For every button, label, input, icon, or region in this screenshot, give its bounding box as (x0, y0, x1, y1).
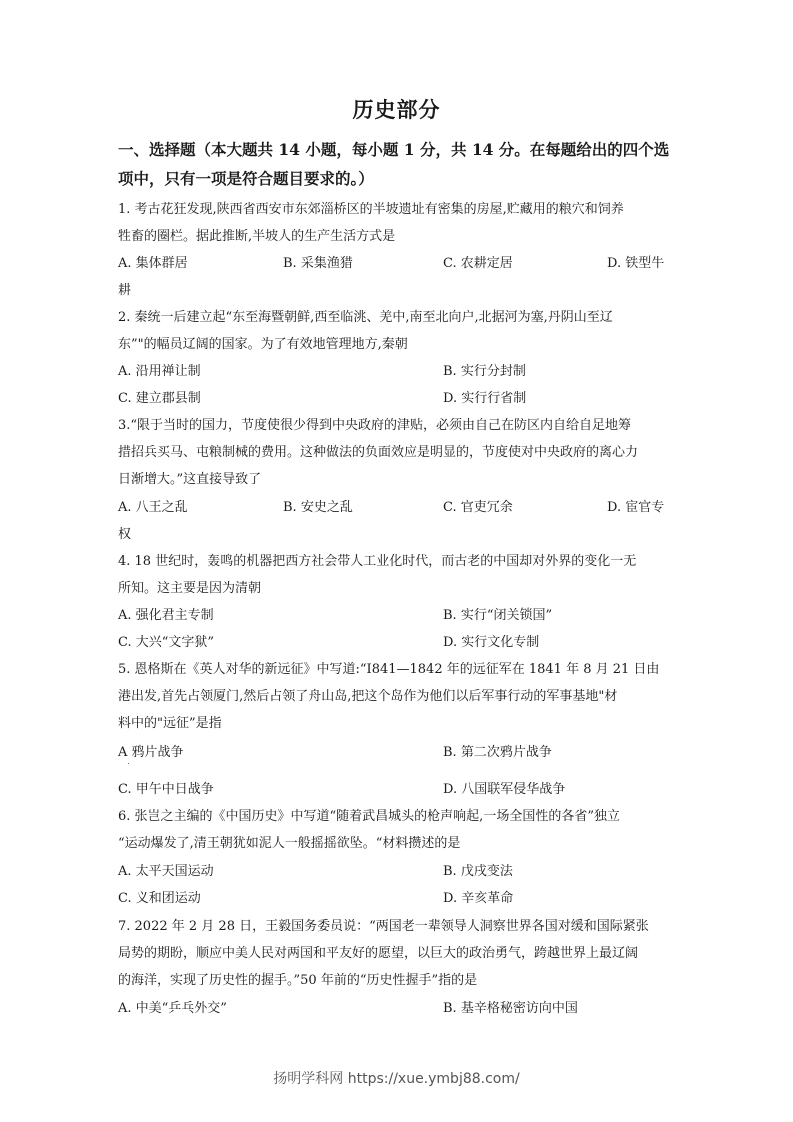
option-b: B. 实行分封制 (443, 363, 526, 381)
question-text: 所知。这主要是因为清朝 (118, 580, 678, 598)
option-c: C. 农耕定居 (443, 255, 513, 273)
option-d: D. 实行行省制 (443, 390, 526, 408)
option-b: B. 实行“闭关锁国” (443, 607, 552, 625)
question-text: “运动爆发了,清王朝犹如泥人一般摇摇欲坠。“材料攒述的是 (118, 835, 678, 853)
option-b: B. 戊戌变法 (443, 863, 513, 881)
section-heading-line-1: 一、选择题（本大题共 14 小题，每小题 1 分，共 14 分。在每题给出的四个… (118, 136, 678, 163)
question-text: 日渐增大。”这直接导致了 (118, 471, 678, 489)
question-text: 措招兵买马、屯粮制械的费用。这种做法的负面效应是明显的，节度使对中央政府的离心力 (118, 444, 678, 462)
option-d: D. 八国联军侵华战争 (443, 781, 565, 799)
option-c: C. 大兴“文字狱” (118, 634, 214, 652)
option-a: A. 沿用禅让制 (118, 363, 201, 381)
question-text: 2. 秦统一后建立起“东至海暨朝鲜,西至临洮、羌中,南至北向户,北据河为塞,丹阴… (118, 309, 678, 327)
option-b: B. 基辛格秘密访向中国 (443, 1000, 578, 1018)
option-a: A. 强化君主专制 (118, 607, 214, 625)
question-text: 5. 恩格斯在《英人对华的新远征》中写道:“I841—1842 年的远征军在 1… (118, 661, 678, 679)
page-title: 历史部分 (0, 94, 793, 124)
question-text: 3.“限于当时的国力，节度使很少得到中央政府的津贴，必须由自己在防区内自给自足地… (118, 417, 678, 435)
option-b: B. 第二次鸦片战争 (443, 744, 552, 762)
option-c: C. 义和团运动 (118, 890, 201, 908)
option-a: A. 八王之乱 (118, 499, 188, 517)
option-a: A. 中美“乒乓外交” (118, 1000, 227, 1018)
question-text: 6. 张岂之主编的《中国历史》中写道“随着武昌城头的枪声响起,一场全国性的各省”… (118, 808, 678, 826)
option-d-wrap: 权 (118, 526, 131, 544)
question-text: 1. 考古花狂发现,陕西省西安市东郊淄桥区的半坡遗址有密集的房屋,贮藏用的粮穴和… (118, 201, 678, 219)
option-c: C. 建立郡县制 (118, 390, 201, 408)
question-text: 东”"的幅员辽阔的国家。为了有效地管理地方,秦朝 (118, 336, 678, 354)
option-d: D. 辛亥革命 (443, 890, 513, 908)
option-a: A 鸦片战争 (118, 744, 184, 762)
footer-watermark: 扬明学科网 https://xue.ymbj88.com/ (0, 1068, 793, 1088)
question-text: 的海洋，实现了历史性的握手。”50 年前的“历史性握手”指的是 (118, 972, 678, 990)
question-text: 局势的期盼，顺应中美人民对两国和平友好的愿望，以巨大的政治勇气，跨越世界上最辽阔 (118, 945, 678, 963)
option-d: D. 铁型牛 (607, 255, 664, 273)
option-c: C. 官吏冗余 (443, 499, 513, 517)
question-text: 牲畜的圈栏。据此推断,半坡人的生产生活方式是 (118, 228, 678, 246)
question-text: 4. 18 世纪时，轰鸣的机器把西方社会带人工业化时代，而古老的中国却对外界的变… (118, 553, 678, 571)
scan-artifact-dot (128, 763, 129, 764)
option-d-wrap: 耕 (118, 282, 131, 300)
option-a: A. 集体群居 (118, 255, 188, 273)
option-d: D. 实行文化专制 (443, 634, 539, 652)
option-c: C. 甲午中日战争 (118, 781, 214, 799)
option-a: A. 太平天国运动 (118, 863, 214, 881)
question-text: 港出发,首先占领厦门,然后占领了舟山岛,把这个岛作为他们以后军事行动的军事基地"… (118, 688, 678, 706)
section-heading-line-2: 项中，只有一项是符合题目要求的。） (118, 165, 678, 192)
question-text: 料中的"远征”是指 (118, 715, 678, 733)
question-text: 7. 2022 年 2 月 28 日，王毅国务委员说：“两国老一辈领导人洞察世界… (118, 918, 678, 936)
option-d: D. 宦官专 (607, 499, 664, 517)
option-b: B. 安史之乱 (283, 499, 353, 517)
option-b: B. 采集渔猎 (283, 255, 353, 273)
